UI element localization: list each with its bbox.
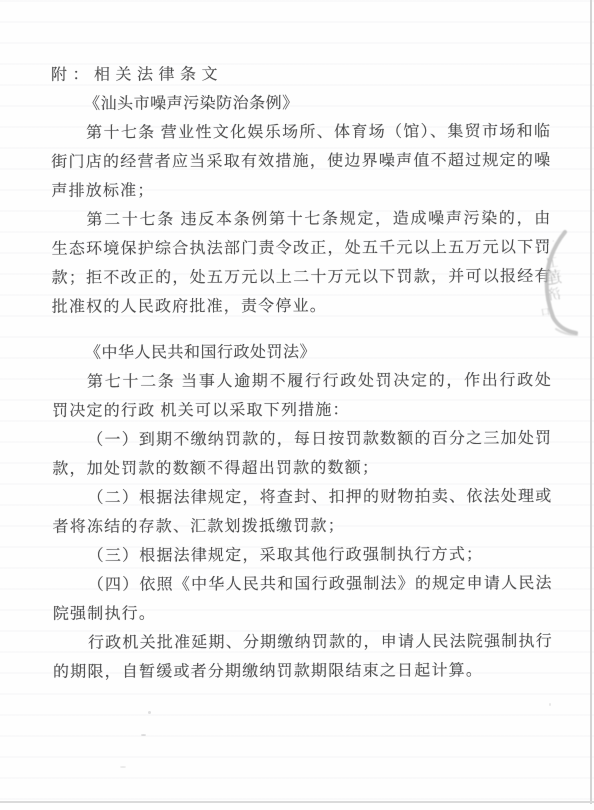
- seal-arc-icon: [534, 225, 594, 343]
- law-title-administrative-penalty: 《中华人民共和国行政处罚法》: [52, 337, 552, 368]
- seal-glyph: 口: [540, 307, 550, 317]
- attachment-label: 附：相关法律条文: [51, 59, 551, 90]
- regulation-title-shantou-noise: 《汕头市噪声污染防治条例》: [51, 88, 551, 119]
- seal-noise-dots: ··: [552, 237, 559, 246]
- scan-artifact: [549, 703, 551, 706]
- document-body: 附：相关法律条文 《汕头市噪声污染防治条例》 第十七条 营业性文化娱乐场所、体育…: [51, 59, 553, 687]
- seal-glyph: 卫: [545, 256, 559, 270]
- partial-seal-stamp: ·· 卫 莲 济 口: [534, 225, 594, 343]
- article-72-item-4: （四）依照《中华人民共和国行政强制法》的规定申请人民法院强制执行。: [53, 569, 553, 629]
- seal-glyph: 济: [546, 288, 562, 304]
- article-72-item-3: （三）根据法律规定，采取其他行政强制执行方式；: [53, 540, 553, 571]
- scan-artifact: [148, 711, 151, 714]
- scan-artifact: [120, 766, 126, 768]
- article-72-item-1: （一）到期不缴纳罚款的，每日按罚款数额的百分之三加处罚款，加处罚款的数额不得超出…: [52, 424, 552, 484]
- scanned-document-page: 附：相关法律条文 《汕头市噪声污染防治条例》 第十七条 营业性文化娱乐场所、体育…: [0, 0, 594, 810]
- article-27: 第二十七条 违反本条例第十七条规定，造成噪声污染的，由生态环境保护综合执法部门责…: [51, 204, 551, 322]
- article-17: 第十七条 营业性文化娱乐场所、体育场（馆）、集贸市场和临街门店的经营者应当采取有…: [51, 117, 551, 206]
- article-72-intro: 第七十二条 当事人逾期不履行行政处罚决定的，作出行政处罚决定的行政 机关可以采取…: [52, 366, 552, 426]
- article-72-closing-paragraph: 行政机关批准延期、分期缴纳罚款的，申请人民法院强制执行的期限，自暂缓或者分期缴纳…: [53, 627, 553, 687]
- scan-artifact: [141, 734, 146, 736]
- page-bottom-edge-shadow: [0, 801, 594, 803]
- page-right-edge-shadow: [590, 0, 592, 804]
- seal-glyph: 莲: [545, 270, 563, 288]
- article-72-item-2: （二）根据法律规定，将查封、扣押的财物拍卖、依法处理或者将冻结的存款、汇款划拨抵…: [52, 482, 552, 542]
